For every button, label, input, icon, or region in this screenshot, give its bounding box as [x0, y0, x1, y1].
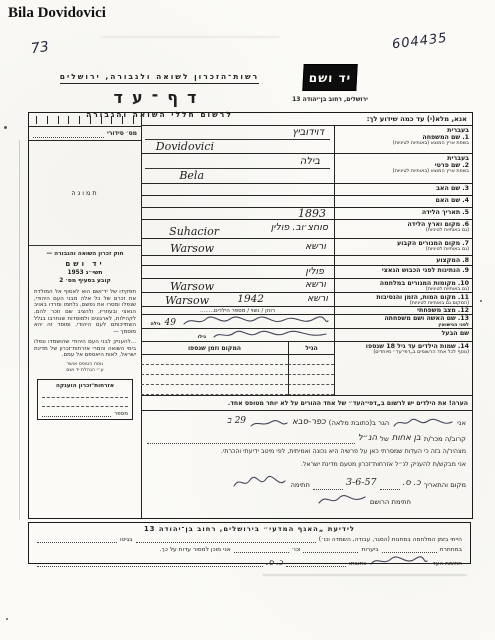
scan-speck — [4, 126, 7, 129]
field-row-family-name: בעברית 1שם המשפחה בשפת ארץ המוצא (באותיו… — [141, 126, 472, 154]
form-fields: אנא, מלא(י) עד כמה שידוע לך: בעברית 1שם … — [141, 113, 472, 518]
bottom-line-2: במחתרת ביערות וכו׳ אני מוכן למסור עדות ע… — [37, 545, 462, 553]
handwritten-page-number: 73 — [30, 39, 50, 57]
children-table: הגיל המקום וזמן שנספו — [141, 342, 334, 395]
left-panel: מס׳ סידורי תמונה חוק זכרון השואה והגבורה… — [29, 113, 142, 518]
scan-smudge — [262, 574, 467, 576]
house-number-value: 29 ב — [227, 415, 246, 429]
residence-latin-value: Warsow — [170, 242, 214, 255]
husband-age-label: גילו — [198, 334, 206, 340]
citizenship-value: פולין — [305, 266, 324, 277]
main-form-box: מס׳ סידורי תמונה חוק זכרון השואה והגבורה… — [28, 112, 473, 519]
declarant-name-handwriting — [392, 417, 454, 429]
citizenship-number-line — [42, 409, 111, 417]
instruction-text: אנא, מלא(י) עד כמה שידוע לך: — [367, 115, 467, 123]
yad-vashem-logo: יד ושם — [302, 64, 357, 91]
bottom-section-title: לידיעת „האגף המדעי״ בירושלים, רחוב בן־יה… — [37, 525, 462, 533]
field-row-father-name: 3שם האב — [141, 184, 472, 196]
field-row-wife-name: 13שם האשה ושם משפחתה לפני הנישואין 49 גי… — [141, 315, 472, 329]
birth-place-latin-value: Suhacior — [169, 225, 219, 238]
residence-hebrew-value: ורשא — [305, 241, 326, 252]
law-body-1: תפקידו של יד־ושם הוא לאסוף אל המולדת את … — [34, 289, 136, 336]
entry-underline — [145, 168, 330, 169]
hebrew-label: בעברית — [338, 127, 469, 134]
citizenship-number-label: מספר — [114, 411, 128, 417]
photo-label: תמונה — [71, 189, 98, 197]
field-row-death-place: 11מקום המות, הזמן והנסיבות (המקום גם באו… — [141, 293, 472, 307]
field-row-residence: 7מקום המגורים הקבוע (גם באותיות לטיניות)… — [141, 239, 472, 256]
field-sublabel: בשפת ארץ המוצא (באותיות לטיניות) — [338, 141, 469, 147]
law-title-4: קובע בסעיף מס׳ 2 — [34, 278, 136, 286]
form-small-print: נוסח הטופס אושר ע״י הנהלת יד ושם — [29, 362, 141, 374]
scan-speck — [480, 300, 482, 302]
authority-line: רשות־הזכרון לשואה ולגבורה, ירושלים — [60, 72, 259, 84]
declaration-line-relation: קרוב/ה מכר/ת בן אחות של הנ״ל — [147, 432, 466, 445]
children-note: הערה! את הילדים יש לרשום ב„דפי־העד״ של א… — [228, 400, 468, 407]
declaration-line-date: מקום והתאריך כ. ס. 3-6-57 חתימה — [147, 474, 466, 490]
scanned-testimony-page: Bila Dovidovici 73 604435 רשות־הזכרון לש… — [0, 0, 495, 640]
children-age-header: הגיל — [288, 342, 334, 354]
declaration-request-text: אני מבקש/ת להעניק לנ״ל אזרחות־זכרון מטעם… — [147, 460, 466, 469]
date-value: 3-6-57 — [346, 476, 377, 490]
hebrew-label: בעברית — [338, 155, 469, 162]
scan-smudge — [100, 36, 280, 38]
registrar-signature — [317, 493, 367, 507]
serial-blank-line — [33, 130, 104, 138]
serial-label: מס׳ סידורי — [107, 130, 137, 137]
bottom-line-1: הייתי בזמן המלחמה במחנות (הסגר, עבודה, ה… — [37, 535, 462, 543]
wartime-residence-latin-value: Warsow — [170, 280, 214, 292]
citizenship-blank-line — [42, 389, 128, 398]
wife-age-value: 49 — [165, 318, 176, 328]
field-row-profession: 8המקצוע — [141, 256, 472, 266]
children-empty-row — [141, 365, 334, 375]
address-handwriting — [249, 418, 289, 429]
declaration-line-identity: אני הגר ב(כתובת מלאה) כפר-סבא 29 ב — [147, 415, 466, 429]
serial-number-row: מס׳ סידורי — [29, 127, 141, 141]
instruction-row: אנא, מלא(י) עד כמה שידוע לך: — [141, 113, 472, 126]
first-name-hebrew-value: בילה — [300, 156, 320, 167]
family-name-latin-value: Dovidovici — [156, 140, 214, 153]
law-body-2: ...להעניק לבני העם היהודי שהושמדו ונפלו … — [34, 339, 136, 359]
marital-status-options: רווק / נשוי / מספר הילדים........ — [200, 308, 275, 314]
field-row-first-name: בעברית 2שם פרטי בשפת ארץ המוצא (באותיות … — [141, 154, 472, 184]
memorial-citizenship-box: אזרחות־זכרון הוענקה מספר — [37, 379, 133, 420]
field-row-citizenship: 9הנתינות לפני הכבוש הנאצי פולין — [141, 266, 472, 279]
handwritten-file-number: 604435 — [391, 31, 448, 53]
death-year-value: 1942 — [237, 293, 264, 305]
place-value: כ. ס. — [403, 477, 421, 490]
field-row-wartime-residence: 10מקומות המגורים במלחמה (גם באותיות לטינ… — [141, 279, 472, 293]
witness-address-value: כ. ס. — [266, 558, 283, 567]
witness-signature — [369, 555, 429, 567]
field-row-mother-name: 4שם האם — [141, 196, 472, 208]
page-title: Bila Dovidovici — [8, 5, 106, 22]
citizenship-blank-line — [42, 398, 128, 407]
scan-speck — [6, 618, 8, 620]
declaration-section: אני הגר ב(כתובת מלאה) כפר-סבא 29 ב קרוב/… — [141, 411, 472, 517]
children-empty-row — [141, 385, 334, 395]
birth-date-value: 1893 — [298, 208, 326, 219]
law-title-3: תשי״ג 1953 — [34, 270, 136, 278]
death-place-latin-value: Warsow — [165, 294, 209, 306]
birth-place-hebrew-value: סוחצ׳וב. פולין — [271, 222, 328, 233]
field-row-children: 14שמות הילדים עד גיל 18 שנספו (נוסף לכל … — [141, 342, 472, 396]
first-name-latin-value: Bela — [179, 169, 204, 182]
relation-value: בן אחות — [392, 432, 421, 445]
relation-of-value: הנ״ל — [358, 432, 377, 445]
field-row-husband-name: שם הבעל גילו — [141, 329, 472, 342]
law-box: חוק זכרון השואה והגבורה — יד ושם תשי״ג 1… — [29, 246, 141, 359]
bottom-section: לידיעת „האגף המדעי״ בירושלים, רחוב בן־יה… — [28, 522, 471, 564]
form-title: דף־עד — [42, 88, 277, 107]
wartime-residence-hebrew-value: ורשא — [305, 279, 326, 290]
form-masthead: רשות־הזכרון לשואה ולגבורה, ירושלים דף־עד… — [42, 64, 277, 119]
children-empty-row — [141, 355, 334, 365]
bottom-line-3: חתימת העד כתובתו כ. ס. — [37, 555, 462, 567]
law-title-2: יד ושם — [34, 260, 136, 269]
citizenship-title: אזרחות־זכרון הוענקה — [56, 383, 114, 389]
photo-area: תמונה — [29, 141, 141, 246]
children-place-header: המקום וזמן שנספו — [141, 345, 288, 352]
wife-age-label: גילה — [150, 321, 160, 327]
children-empty-row — [141, 375, 334, 385]
field-row-birth-place: 6מקום וארץ הלידה (גם באותיות לטיניות) סו… — [141, 220, 472, 239]
death-place-hebrew-value: ורשא — [307, 293, 328, 304]
field-row-marital-status: 12מצב משפחתי רווק / נשוי / מספר הילדים..… — [141, 307, 472, 315]
tick-marks — [29, 113, 141, 127]
declarant-signature — [232, 474, 287, 490]
field-sublabel: בשפת ארץ המוצא (באותיות לטיניות) — [338, 169, 469, 175]
wife-name-handwriting — [180, 315, 330, 328]
declarant-address-value: כפר-סבא — [292, 416, 326, 429]
husband-name-handwriting — [210, 329, 330, 341]
logo-address: ירושלים, רחוב בן־יהודה 13 — [286, 96, 374, 103]
law-title-1: חוק זכרון השואה והגבורה — — [34, 251, 136, 259]
declaration-confirm-text: מצהיר/ה בזה כי העדות שמסרתי כאן על פרשיה… — [147, 447, 466, 456]
children-note-row: הערה! את הילדים יש לרשום ב„דפי־העד״ של א… — [141, 396, 472, 411]
declaration-line-registrar: חתימת הרושם — [147, 493, 466, 507]
scan-line-artifact — [19, 140, 20, 520]
field-row-birth-date: 5תאריך הלידה 1893 — [141, 208, 472, 220]
family-name-hebrew-value: דוידוביץ — [292, 127, 324, 138]
